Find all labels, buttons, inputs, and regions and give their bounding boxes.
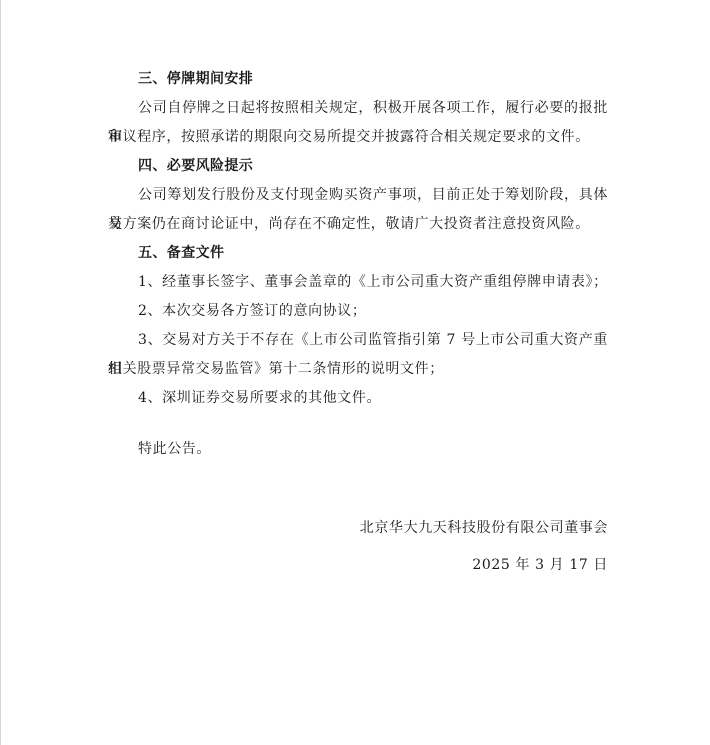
spacer (108, 413, 608, 435)
reference-item-3-continued: 相关股票异常交易监管》第十二条情形的说明文件； (108, 355, 608, 384)
paragraph-line: 公司筹划发行股份及支付现金购买资产事项，目前正处于筹划阶段，具体交 (108, 181, 608, 210)
section-heading-risk-warning: 四、必要风险提示 (108, 152, 608, 181)
signature-date: 2025 年 3 月 17 日 (108, 551, 608, 580)
section-heading-reference-documents: 五、备查文件 (108, 239, 608, 268)
reference-item-3: 3、交易对方关于不存在《上市公司监管指引第 7 号上市公司重大资产重组 (108, 326, 608, 355)
paragraph-line: 审议程序，按照承诺的期限向交易所提交并披露符合相关规定要求的文件。 (108, 123, 608, 152)
section-heading-suspension-arrangement: 三、停牌期间安排 (108, 65, 608, 94)
spacer (108, 464, 608, 514)
reference-item-2: 2、本次交易各方签订的意向协议； (108, 297, 608, 326)
announcement-page: 三、停牌期间安排 公司自停牌之日起将按照相关规定，积极开展各项工作，履行必要的报… (108, 65, 608, 580)
paragraph-line: 公司自停牌之日起将按照相关规定，积极开展各项工作，履行必要的报批和 (108, 94, 608, 123)
page-left-border (0, 0, 1, 745)
reference-item-4: 4、深圳证券交易所要求的其他文件。 (108, 384, 608, 413)
closing-statement: 特此公告。 (108, 435, 608, 464)
paragraph-line: 易方案仍在商讨论证中，尚存在不确定性，敬请广大投资者注意投资风险。 (108, 210, 608, 239)
reference-item-1: 1、经董事长签字、董事会盖章的《上市公司重大资产重组停牌申请表》； (108, 268, 608, 297)
signature-issuer: 北京华大九天科技股份有限公司董事会 (108, 514, 608, 543)
